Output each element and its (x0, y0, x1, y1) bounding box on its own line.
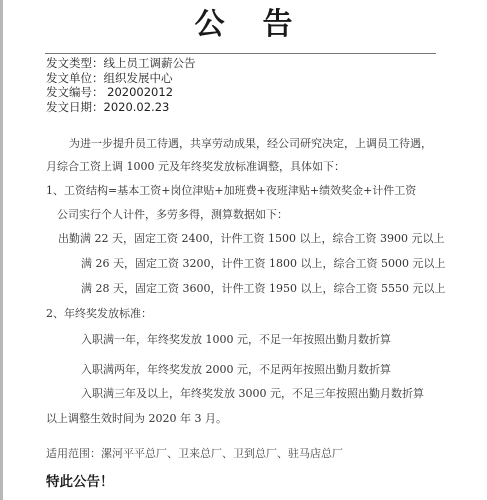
bonus-row-1: 入职满一年，年终奖发放 1000 元，不足一年按照出勤月数折算 (81, 333, 391, 347)
page-left-border (0, 0, 3, 500)
section1-note: 公司实行个人计件，多劳多得，测算数据如下： (57, 208, 288, 222)
intro-line-2: 月综合工资上调 1000 元及年终奖发放标准调整，具体如下： (46, 160, 345, 174)
document-title: 公告 (0, 5, 487, 45)
meta-type-label: 发文类型： (46, 56, 104, 71)
meta-type-value: 线上员工调薪公告 (104, 56, 196, 70)
meta-unit-value: 组织发展中心 (104, 71, 173, 85)
salary-row-28: 满 28 天，固定工资 3600，计件工资 1950 以上，综合工资 5550 … (81, 282, 445, 296)
meta-date: 发文日期：2020.02.23 (46, 100, 196, 115)
bonus-row-3: 入职满三年及以上，年终奖发放 3000 元，不足三年按照出勤月数折算 (81, 387, 424, 401)
scope: 适用范围：漯河平平总厂、卫来总厂、卫到总厂、驻马店总厂 (46, 447, 343, 461)
meta-unit-label: 发文单位： (46, 71, 104, 86)
meta-number-value: 202002012 (104, 85, 174, 99)
document-meta: 发文类型：线上员工调薪公告 发文单位：组织发展中心 发文编号： 20200201… (46, 56, 196, 114)
title-divider (45, 53, 436, 54)
closing: 特此公告！ (46, 475, 114, 489)
section1-heading: 1、工资结构=基本工资+岗位津贴+加班费+夜班津贴+绩效奖金+计件工资 (46, 184, 416, 198)
section2-heading: 2、年终奖发放标准： (46, 307, 152, 321)
meta-date-value: 2020.02.23 (104, 100, 170, 114)
bonus-row-2: 入职满两年，年终奖发放 2000 元，不足两年按照出勤月数折算 (81, 363, 391, 377)
meta-unit: 发文单位：组织发展中心 (46, 71, 196, 86)
salary-row-26: 满 26 天，固定工资 3200，计件工资 1800 以上，综合工资 5000 … (81, 257, 445, 271)
effective-date: 以上调整生效时间为 2020 年 3 月。 (46, 412, 227, 426)
meta-number: 发文编号： 202002012 (46, 85, 196, 100)
meta-type: 发文类型：线上员工调薪公告 (46, 56, 196, 71)
intro-line-1: 为进一步提升员工待遇，共享劳动成果，经公司研究决定，上调员工待遇， (69, 137, 432, 151)
meta-number-label: 发文编号： (46, 85, 104, 100)
meta-date-label: 发文日期： (46, 100, 104, 115)
salary-row-22: 出勤满 22 天，固定工资 2400，计件工资 1500 以上，综合工资 390… (58, 232, 444, 246)
